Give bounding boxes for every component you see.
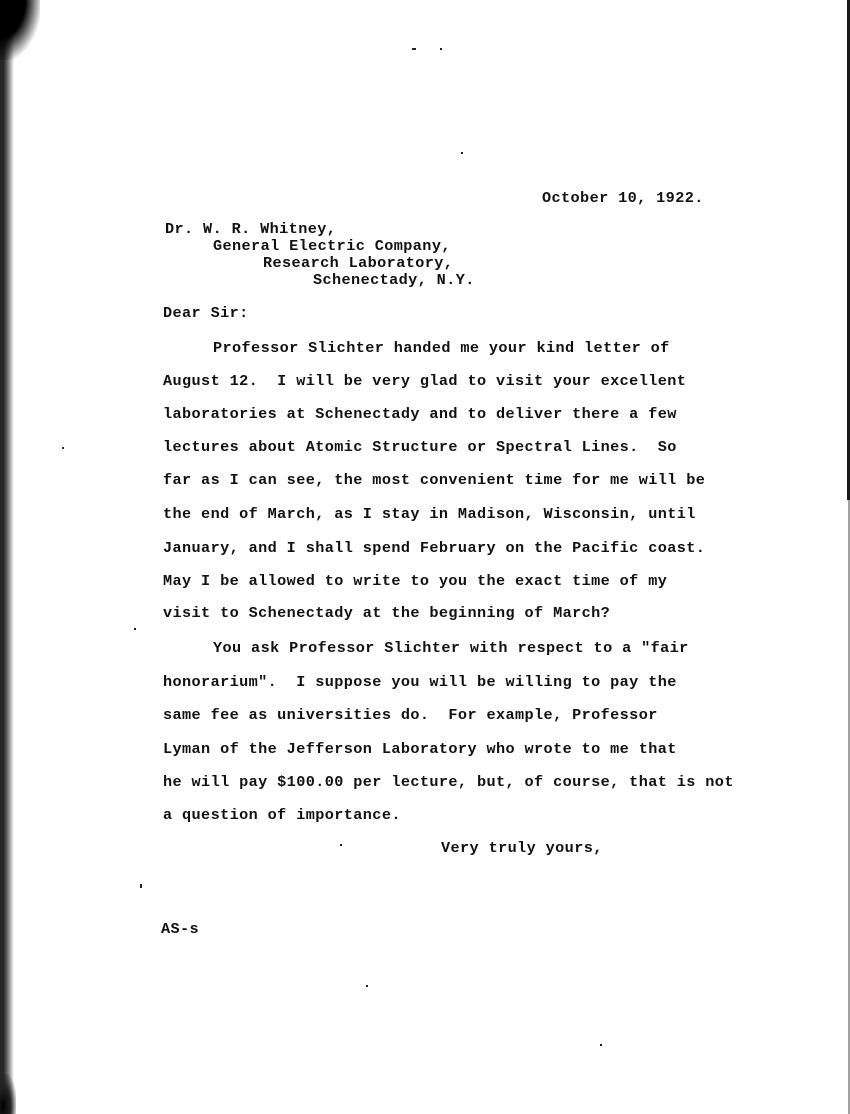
- scan-speck: [366, 985, 368, 987]
- body-line: laboratories at Schenectady and to deliv…: [163, 405, 677, 423]
- scan-edge-shadow-left: [0, 0, 14, 1114]
- body-line: honorarium". I suppose you will be willi…: [163, 673, 677, 691]
- scan-speck: [412, 48, 416, 50]
- scan-edge-corner-bottom: [0, 1074, 16, 1114]
- body-line: same fee as universities do. For example…: [163, 706, 658, 724]
- recipient-department: Research Laboratory,: [263, 254, 453, 272]
- body-line: Professor Slichter handed me your kind l…: [213, 339, 670, 357]
- recipient-city: Schenectady, N.Y.: [313, 271, 475, 289]
- scan-speck: [340, 844, 342, 846]
- letter-date: October 10, 1922.: [542, 189, 704, 207]
- recipient-company: General Electric Company,: [213, 237, 451, 255]
- body-line: May I be allowed to write to you the exa…: [163, 572, 667, 590]
- reference-initials: AS-s: [161, 920, 199, 938]
- body-line: January, and I shall spend February on t…: [163, 539, 705, 557]
- body-line: Lyman of the Jefferson Laboratory who wr…: [163, 740, 677, 758]
- scan-speck: [134, 628, 136, 630]
- scan-edge-corner-top: [0, 0, 40, 60]
- scan-speck: [440, 48, 442, 50]
- body-line: the end of March, as I stay in Madison, …: [163, 505, 696, 523]
- scan-speck: [461, 152, 463, 154]
- body-line: You ask Professor Slichter with respect …: [213, 639, 689, 657]
- body-line: a question of importance.: [163, 806, 401, 824]
- body-line: lectures about Atomic Structure or Spect…: [163, 438, 677, 456]
- recipient-name: Dr. W. R. Whitney,: [165, 220, 336, 238]
- scan-speck: [62, 447, 64, 449]
- closing: Very truly yours,: [441, 839, 603, 857]
- body-line: he will pay $100.00 per lecture, but, of…: [163, 773, 734, 791]
- scanned-letter-page: October 10, 1922. Dr. W. R. Whitney, Gen…: [0, 0, 850, 1114]
- scan-speck: [140, 884, 142, 888]
- scan-speck: [600, 1044, 602, 1046]
- salutation: Dear Sir:: [163, 304, 249, 322]
- body-line: August 12. I will be very glad to visit …: [163, 372, 686, 390]
- body-line: visit to Schenectady at the beginning of…: [163, 604, 610, 622]
- body-line: far as I can see, the most convenient ti…: [163, 471, 705, 489]
